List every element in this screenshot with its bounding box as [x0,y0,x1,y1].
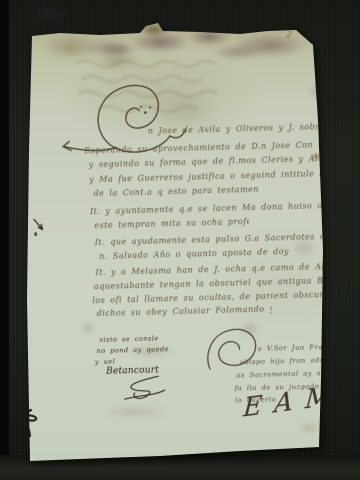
handwritten-line: de la Cont.a q esto para testamentos y [93,185,258,201]
petition-line: as Sacramental ay su el my flla [236,369,326,381]
handwriting-layer: n Jose de Avila y Oliveros y J. sobre Es… [0,0,360,480]
handwritten-line: It. y ayuntamente q.e se lacen Ma dona h… [90,201,324,219]
marginal-note-line: visto se consle [99,334,163,346]
paper-wrap: n Jose de Avila y Oliveros y J. sobre Es… [0,0,360,480]
rubric-flourish-icon [118,374,169,401]
edge-mark-icon [20,406,40,442]
petition-line: a V.Sor Juo Fran de [257,343,327,355]
petition-line: obispo hijo fran admitta a quien [240,356,328,368]
page-number: 2 [286,30,299,41]
marginal-note-line: no pond ay quede [96,345,168,357]
margin-mark-icon [32,217,47,237]
handwritten-line: este tempran mita su ocha profesando doy [94,217,249,233]
manuscript-paper: n Jose de Avila y Oliveros y J. sobre Es… [0,0,360,480]
handwritten-line: y Ma fue Guerreros justifica o seguind i… [89,169,321,187]
handwritten-line: n. Salvado Año o quanto aposta de doy añ… [99,247,294,264]
manuscript-photo: n Jose de Avila y Oliveros y J. sobre Es… [0,0,360,480]
